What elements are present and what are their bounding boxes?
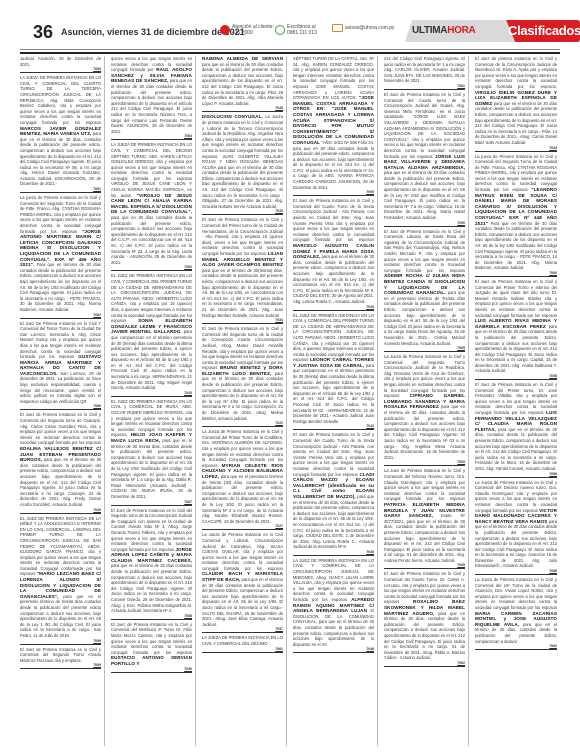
page-number: 36: [33, 22, 53, 43]
notice-body: para que en el término de 30 días contad…: [111, 563, 192, 613]
notice-body: para que en el término de 30 días, conta…: [20, 131, 101, 186]
legal-notice: El Juez de Primera Instancia en lo Civil…: [384, 229, 465, 352]
contact-phone: Atención al cliente:415 7000: [220, 24, 274, 36]
notice-body: para que en el perentorio término de tre…: [202, 474, 283, 524]
notice-code: 7082: [384, 661, 465, 665]
header-rule: [20, 49, 560, 50]
legal-notice: El Juez de Primera Instancia en lo Civil…: [20, 647, 101, 670]
legal-notice: Judicial. Asunción, 30 de Diciembre de 2…: [20, 56, 101, 73]
legal-notice: El Juez de Primera Instancia en lo Civil…: [111, 508, 192, 620]
column-4: SÉPTIMO TURNO DE LA CAPITAL, Sec. Nº 34,…: [293, 56, 378, 746]
page-header: 36 Asunción, viernes 31 de diciembre de …: [20, 20, 560, 48]
notice-body: para que comparezcan en el término peren…: [293, 363, 374, 424]
notice-code: 7082: [20, 313, 101, 317]
legal-notice: EL JUEZ DE PRIMERA INSTANCIA DE LA NIÑEZ…: [20, 516, 101, 645]
legal-notice: LA JUEZA DE PRIMERA INSTANCIA EN LO CIVI…: [20, 75, 101, 193]
notice-code: 7089: [20, 663, 101, 667]
notice-body: Expte. Nº 2577/2021, para que en el térm…: [384, 513, 465, 563]
notice-code: 7040: [20, 508, 101, 512]
notice-code: 7034: [202, 318, 283, 322]
legal-notice: RAMONA ALMEIDA DE SERVIAN para que en el…: [202, 56, 283, 112]
notice-code: 7065: [384, 346, 465, 350]
notice-text: 212 del Código Civil Paraguayo vigente. …: [384, 56, 465, 83]
notice-text: El Juez de Primera Instancia en lo Civil…: [475, 279, 557, 318]
notice-body: La Jueza de primera Instancia en lo Civi…: [202, 114, 283, 209]
notice-code: 7066: [475, 569, 557, 573]
notice-code: 7099: [20, 639, 101, 643]
notice-code: 7053: [384, 460, 465, 464]
legal-notice: El Juez de Primera Instancia en lo Civil…: [475, 382, 557, 478]
notice-body: para que en el término de 30 treinta día…: [111, 438, 192, 499]
legal-notice: El Juez de Primera Instancia en lo Civil…: [111, 622, 192, 673]
notice-code: 7042: [293, 424, 374, 428]
notice-code: 7083: [20, 67, 101, 71]
legal-notice: La Jueza de Primera Instancia en lo Civi…: [202, 429, 283, 530]
legal-notice: 212 del Código Civil Paraguayo vigente. …: [384, 56, 465, 90]
notice-code: 7056: [475, 472, 557, 476]
legal-notice: El Juez de Primera Instancia en lo Civil…: [202, 217, 283, 324]
notice-parties: RAMONA ALMEIDA DE SERVIAN: [202, 56, 283, 61]
notice-code: 7021: [202, 421, 283, 425]
notice-text: Judicial. Asunción, 30 de Diciembre de 2…: [20, 56, 101, 67]
notice-body: San Lorenzo, 29 de diciembre de 2021. La…: [20, 371, 101, 404]
legal-notice: El Juez de Primera Instancia en lo Civil…: [202, 326, 283, 427]
notice-code: 7058: [475, 374, 557, 378]
notice-code: 7050: [384, 221, 465, 225]
notice-code: 7020: [202, 209, 283, 213]
content-top-rule: [20, 52, 560, 54]
legal-notice: La Jueza de Primera Instancia en lo Civi…: [384, 354, 465, 466]
notice-body: para que en el término de 30 días, conta…: [293, 494, 374, 549]
notice-body: "AÑO: 2021 Nº 596 Folio 34, para que en …: [293, 140, 374, 190]
notice-code: 7061: [202, 647, 283, 651]
legal-notice: EL JUEZ DE PRIMERA INSTANCIA EN LO CIVIL…: [111, 273, 192, 396]
notice-text: EL JUEZ DE PRIMERA INSTANCIA DE LA NIÑEZ…: [20, 516, 101, 577]
legal-notice: LA JUEZA DE PRIMERA INSTANCIA EN LO CIVI…: [111, 142, 192, 271]
notice-parties: "JOSE MANUEL COSTAS ARRIAGADA Y OTROS EN…: [293, 95, 374, 145]
notice-text: El Juez de Primera Instancia en lo Civil…: [384, 92, 465, 159]
notice-text: EL JUEZ DE PRIMERA INSTANCIA EN LO CIVIL…: [293, 313, 374, 363]
notice-text: LA JUEZ DE PRIMERA INSTANCIA EN LO CIVIL…: [293, 558, 374, 602]
mail-icon: [332, 24, 343, 32]
notice-code: 7084: [111, 134, 192, 138]
notice-body: para que en el término de 30 días, conta…: [384, 404, 465, 459]
notice-body: para que en el término de 30 días contad…: [475, 519, 557, 569]
legal-notice: El Juez de Primera Instancia en lo Civil…: [293, 432, 374, 555]
column-1: Judicial. Asunción, 30 de Diciembre de 2…: [20, 56, 105, 746]
notice-text: El Juez de Primera Instancia en lo Civil…: [475, 382, 557, 415]
notice-code: 7048: [293, 550, 374, 554]
notice-text: La Jueza de Primera Instancia en lo Civi…: [384, 354, 465, 398]
notice-body: S/ DISOLUCION DE LA COMUNIDAD CONYUGAL, …: [293, 608, 374, 647]
brand-right: HORA: [447, 25, 475, 36]
legal-notice: El Juez de Primera Instancia en lo Civil…: [293, 198, 374, 310]
legal-notice: El Juez de Primera Instancia en lo Civil…: [475, 279, 557, 380]
notice-body: para que, en el término de 30 días, cont…: [20, 457, 101, 507]
notice-text: El Juez de Primera Instancia en lo Civil…: [20, 647, 101, 663]
dateline: Asunción, viernes 31 de diciembre de 202…: [61, 27, 245, 37]
notice-body: para que comparezcan en el término peren…: [111, 329, 192, 390]
legal-notice: El Juez de Primera Instancia en lo Civil…: [20, 412, 101, 513]
contact-email: avisos@uhora.com.py: [332, 24, 395, 32]
notice-code: 7089: [20, 404, 101, 408]
legal-notice: La jueza de Primera Instancia en lo Civi…: [20, 195, 101, 318]
notice-body: para que en término de 30 días, contados…: [384, 611, 465, 661]
notice-code: 7063: [475, 644, 557, 648]
notice-code: 7049: [293, 305, 374, 309]
notice-body: para que en el término de 30(treinta) dí…: [202, 268, 283, 318]
contact-value: 0981 111 013: [287, 30, 317, 36]
legal-notice: El Juez de Primera Instancia en lo Civil…: [384, 571, 465, 667]
notice-text: El Juez de Primera Instancia en lo Civil…: [293, 432, 374, 476]
notice-code: 7095: [293, 190, 374, 194]
notice-body: para que en el término de 30 días contad…: [202, 62, 283, 106]
contact-value: avisos@uhora.com.py: [345, 25, 395, 31]
notice-body: para que en el término de 30 días contad…: [202, 371, 283, 421]
notice-text: El Juez de Primera Instancia en lo Civil…: [111, 508, 192, 552]
legal-notice: El Juez de Primera Instancia en lo Civil…: [384, 92, 465, 227]
legal-notice: SÉPTIMO TURNO DE LA CAPITAL, Sec. Nº 34,…: [293, 56, 374, 196]
notice-code: 7027: [202, 524, 283, 528]
notice-code: 7043: [111, 391, 192, 395]
notice-text: El Juez de Primera Instancia en lo Civil…: [293, 198, 374, 242]
brand-left: ULTIMA: [412, 25, 447, 36]
notice-code: 7062: [111, 265, 192, 269]
notice-text: EL JUEZ DE PRIMERA INSTANCIA EN LO CIVIL…: [111, 273, 192, 323]
legal-notice: La Jueza de Primera Instancia en lo Civi…: [202, 532, 283, 633]
brand-logo: ULTIMAHORA: [412, 25, 475, 36]
notice-parties: MARCOS JAVIER GONZALEZ BENITEZ, MARIA VA…: [20, 126, 101, 137]
notice-text: LA JUEZA DE PRIMERA INSTANCIA EN LO CIVI…: [20, 75, 101, 125]
notice-text: LA JUEZA DE PRIMERA INSTANCIA EN LO CIVI…: [111, 142, 192, 197]
notice-code: 7087: [111, 500, 192, 504]
legal-notice: La Jueza de Primera Instancia en lo Civi…: [475, 577, 557, 650]
notice-text: El Juez de primera Instancia en lo Civil…: [475, 56, 557, 89]
notice-body: para que en 30 días contados desde la pu…: [111, 215, 192, 265]
notice-body: para que en el perentorio término de tre…: [20, 594, 101, 638]
notice-code: 7088: [111, 614, 192, 618]
column-2: quince veces a los que tengan interés en…: [111, 56, 196, 746]
notice-text: El Juez de Primera Instancia en lo Civil…: [202, 326, 283, 370]
phone-icon: [220, 25, 230, 35]
column-6: El Juez de primera Instancia en lo Civil…: [475, 56, 560, 746]
notice-body: para que en el término de 30 días contad…: [475, 101, 557, 145]
notice-body: para que en el término de 30 días contad…: [202, 577, 283, 627]
legal-notice: LA JUEZ DE PRIMERA INSTANCIA EN LO CIVIL…: [293, 558, 374, 654]
notice-text: La Jueza de Primera Instancia en lo Civi…: [202, 532, 283, 571]
notice-code: 7081: [384, 84, 465, 88]
classifieds-columns: Judicial. Asunción, 30 de Diciembre de 2…: [20, 56, 560, 746]
notice-body: para que en el término de 30 días, conta…: [475, 427, 557, 471]
notice-text: SÉPTIMO TURNO DE LA CAPITAL, Sec. Nº 34,…: [293, 56, 374, 100]
contact-value: 415 7000: [232, 30, 253, 36]
notice-code: 7045: [202, 106, 283, 110]
column-3: RAMONA ALMEIDA DE SERVIAN para que en el…: [202, 56, 287, 746]
notice-code: 7046: [293, 647, 374, 651]
notice-body: para que en el término de 30 días contad…: [475, 324, 557, 374]
notice-parties: DISOLUCION CONYUGAL.: [202, 114, 263, 119]
notice-body: Para que en término de 30 días contados …: [475, 221, 557, 271]
legal-notice: La Juez de Primera Instancia en lo Civil…: [384, 468, 465, 569]
notice-body: Para que en término de 30 días contados …: [20, 262, 101, 312]
notice-parties: EUSTACIO ANTONIO SERVIAN PORTILLO Y: [111, 655, 192, 666]
section-title: Clasificados: [508, 23, 580, 38]
legal-notice: DISOLUCION CONYUGAL. La Jueza de primera…: [202, 114, 283, 215]
notice-body: para que en el término de 30 días contad…: [111, 78, 192, 133]
whatsapp-icon: [275, 25, 285, 35]
notice-code: 7091: [20, 187, 101, 191]
legal-notice: El Juez De Primera Instancia en lo Civil…: [20, 321, 101, 411]
notice-parties: LUIS ALBERTO RIVAS MEDINA Y GABRIELA ESC…: [475, 318, 557, 329]
legal-notice: EL JUEZ DE PRIMERA INSTANCIA EN LO CIVIL…: [111, 399, 192, 506]
notice-body: para que en el término de 30 días contad…: [384, 170, 465, 220]
notice-code: 7057: [202, 627, 283, 631]
notice-code: 7080: [475, 271, 557, 275]
notice-text: La Jueza de Primera Instancia en lo Civi…: [475, 577, 557, 610]
notice-text: La Juez de Primera Instancia en lo Civil…: [384, 468, 465, 501]
notice-code: 7044: [475, 146, 557, 150]
column-5: 212 del Código Civil Paraguayo vigente. …: [384, 56, 469, 746]
legal-notice: El Juez de primera Instancia en lo Civil…: [475, 56, 557, 152]
notice-text: El Juez de Primera Instancia en lo Civil…: [384, 229, 465, 273]
notice-text: El Juez de Primera Instancia en lo Civil…: [20, 412, 101, 445]
notice-text: LA JUEZA DE PRIMERA INSTANCIA EN LO CIVI…: [202, 635, 283, 646]
notice-text: El Juez de Primera Instancia en lo Civil…: [111, 622, 192, 655]
legal-notice: La Jueza de Primera Instancia en lo Civi…: [475, 480, 557, 576]
legal-notice: LA JUEZA DE PRIMERA INSTANCIA EN LO CIVI…: [202, 635, 283, 652]
legal-notice: EL JUEZ DE PRIMERA INSTANCIA EN LO CIVIL…: [293, 313, 374, 431]
notice-body: para que en el término de 30 días, conta…: [293, 254, 374, 304]
notice-body: para que en el perentorio término de Tre…: [384, 290, 465, 345]
notice-code: 7055: [384, 563, 465, 567]
legal-notice: La jueza de Primera Instancia en lo Civi…: [475, 154, 557, 277]
contact-whatsapp: Escríbinos al0981 111 013: [275, 24, 317, 36]
legal-notice: quince veces a los que tengan interés en…: [111, 56, 192, 140]
notice-code: 7030: [111, 667, 192, 671]
